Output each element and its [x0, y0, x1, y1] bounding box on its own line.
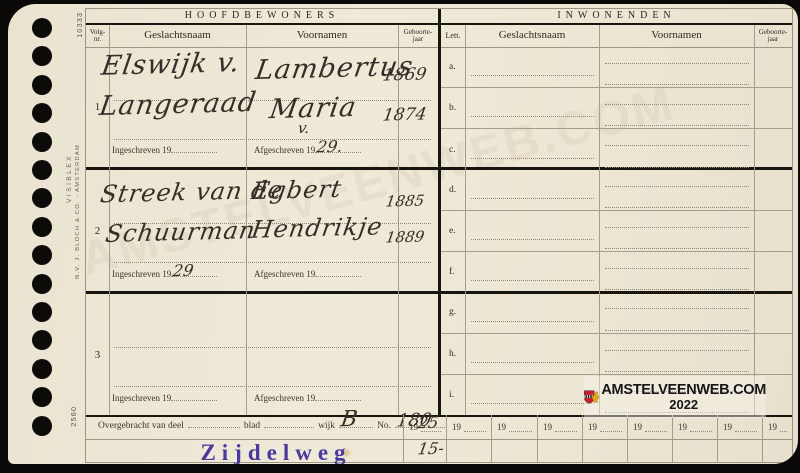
year-dots — [780, 431, 787, 432]
year-prefix: 19 — [678, 422, 687, 432]
afgeschreven-value: 29. — [316, 137, 344, 157]
punch-hole — [32, 217, 52, 237]
column-header-voornamen-left: Voornamen — [246, 25, 398, 47]
entry-ruling — [605, 63, 749, 64]
year-dots — [690, 431, 712, 432]
year-dots — [735, 431, 757, 432]
cell-rule — [582, 415, 583, 462]
brand-vertical-text: VISIBLEX — [66, 154, 73, 203]
punch-hole — [32, 75, 52, 95]
letter-row: e. — [441, 211, 792, 252]
letter-row: a. — [441, 47, 792, 88]
year-cell: 19 — [627, 415, 672, 439]
surname-cell — [465, 170, 599, 210]
entry-ruling — [605, 350, 749, 351]
entry-ruling — [471, 321, 594, 322]
punch-hole — [32, 188, 52, 208]
cell-rule — [537, 415, 538, 462]
surname-cell — [465, 211, 599, 251]
letter-row: g. — [441, 292, 792, 333]
stock-number-bottom: 2560 — [69, 406, 78, 427]
inwonenden-rows: a.b.c.d.e.f.g.h.i. — [441, 47, 792, 415]
year-cell: 19 — [537, 415, 582, 439]
deel-dots — [188, 417, 240, 428]
letter-label: g. — [441, 292, 465, 332]
cell-rule — [403, 415, 404, 462]
entry-ruling — [471, 198, 594, 199]
letter-label: d. — [441, 170, 465, 210]
block-footer: Ingeschreven 19 Afgeschreven 19 29. — [86, 143, 437, 165]
blad-dots — [264, 417, 314, 428]
punch-hole — [32, 274, 52, 294]
punch-hole — [32, 359, 52, 379]
firstnames-cell — [599, 334, 754, 374]
wijk-label: wijk — [318, 421, 335, 431]
birthyear-cell — [754, 292, 792, 332]
geb-line2: jaar — [768, 36, 779, 43]
ingeschreven-label: Ingeschreven 19 — [112, 269, 171, 279]
entry-ruling — [471, 116, 594, 117]
entry-ruling — [605, 207, 749, 208]
surname-cell — [465, 375, 599, 415]
afgeschreven-label: Afgeschreven 19 — [254, 269, 315, 279]
birthyear-cell — [754, 170, 792, 210]
entry-ruling — [471, 403, 594, 404]
handwritten-birthyear: 1869 — [381, 64, 427, 85]
no-label: No. — [377, 421, 391, 431]
wijk-dots: B — [339, 417, 373, 428]
afgeschreven-label: Afgeschreven 19 — [254, 393, 315, 403]
afgeschreven-dots — [315, 267, 361, 277]
ingeschreven-field: Ingeschreven 19 — [112, 143, 217, 155]
letter-label: b. — [441, 88, 465, 128]
ingeschreven-label: Ingeschreven 19 — [112, 145, 171, 155]
watermark-year: 2022 — [669, 398, 698, 412]
entry-ruling — [471, 75, 594, 76]
entry-ruling — [471, 280, 594, 281]
cell-rule — [762, 415, 763, 462]
ingeschreven-dots — [171, 143, 217, 153]
year-cell: 19 — [446, 415, 491, 439]
stock-number-top: 10333 — [75, 12, 84, 38]
entry-ruling — [605, 104, 749, 105]
afgeschreven-dots: 29. — [315, 143, 361, 153]
cell-rule — [627, 415, 628, 462]
cell-rule — [672, 415, 673, 462]
entry-ruling — [471, 239, 594, 240]
surname-cell — [465, 252, 599, 292]
handwritten-birthyear: 1889 — [385, 228, 426, 247]
handwritten-firstnames: Hendrikje — [250, 212, 385, 243]
firstnames-cell — [599, 129, 754, 169]
entry-ruling — [605, 227, 749, 228]
blad-label: blad — [244, 421, 260, 431]
year-cell: 19 — [491, 415, 537, 439]
entry-ruling — [605, 268, 749, 269]
year-prefix: 19 — [588, 422, 597, 432]
year-dots — [555, 431, 577, 432]
surname-cell — [465, 334, 599, 374]
punch-hole — [32, 416, 52, 436]
year-cell: 19 — [582, 415, 627, 439]
punch-hole — [32, 387, 52, 407]
handwritten-birthyear: 1885 — [385, 192, 426, 211]
ingeschreven-dots: 29 — [171, 267, 217, 277]
birthyear-cell — [754, 47, 792, 87]
entry-ruling — [605, 371, 749, 372]
entry-ruling — [114, 139, 431, 140]
year-prefix: 19 — [543, 422, 552, 432]
punch-hole — [32, 330, 52, 350]
letter-row: c. — [441, 129, 792, 169]
watermark-text: AMSTELVEENWEB.COM 2022 — [601, 383, 766, 412]
site-watermark: AMSTELVEENWEB.COM 2022 — [584, 376, 766, 418]
punch-hole — [32, 245, 52, 265]
letter-row: b. — [441, 88, 792, 129]
letter-row: h. — [441, 334, 792, 375]
year-prefix: 19 — [497, 422, 506, 432]
entry-ruling — [605, 167, 749, 168]
block-footer: Ingeschreven 19 Afgeschreven 19 — [86, 391, 437, 413]
year-dots — [600, 431, 622, 432]
geb-line2: jaar — [413, 36, 424, 43]
section-title-inwonenden: INWONENDEN — [441, 9, 792, 23]
year-dots — [509, 431, 532, 432]
resident-block-3: 3 Ingeschreven 19 Afgeschreven 19 — [86, 294, 437, 415]
entry-ruling — [471, 158, 594, 159]
punch-hole — [32, 103, 52, 123]
entry-ruling — [605, 289, 749, 290]
firstnames-cell — [599, 170, 754, 210]
section-title-hoofdbewoners: HOOFDBEWONERS — [86, 9, 438, 23]
column-header-voornamen-right: Voornamen — [599, 25, 754, 47]
firstnames-cell — [599, 211, 754, 251]
ingeschreven-field: Ingeschreven 19 — [112, 391, 217, 403]
letter-label: h. — [441, 334, 465, 374]
entry-ruling — [114, 347, 431, 348]
year-prefix: 19 — [452, 422, 461, 432]
entry-ruling — [605, 248, 749, 249]
handwritten-year-value: 25 — [417, 413, 440, 433]
surname-cell — [465, 47, 599, 87]
ingeschreven-label: Ingeschreven 19 — [112, 393, 171, 403]
entry-ruling — [605, 330, 749, 331]
birthyear-cell — [754, 88, 792, 128]
punch-hole — [32, 46, 52, 66]
manufacturer-vertical-text: N.V. J. BLOCH & CO. - AMSTERDAM — [75, 144, 81, 279]
handwritten-firstnames: Maria — [267, 92, 358, 125]
year-prefix: 19 — [768, 422, 777, 432]
surname-cell — [465, 292, 599, 332]
column-header-lett: Lett. — [441, 25, 465, 47]
year-dots — [645, 431, 667, 432]
entry-ruling — [605, 84, 749, 85]
letter-label: a. — [441, 47, 465, 87]
handwritten-surname: Langeraad — [97, 87, 258, 122]
afgeschreven-field: Afgeschreven 19 — [254, 391, 361, 403]
entry-ruling — [605, 145, 749, 146]
entry-ruling — [605, 125, 749, 126]
resident-block-1: 1 Elswijk v. Lambertus 1869 Langeraad v.… — [86, 47, 437, 167]
letter-label: c. — [441, 129, 465, 169]
year-dots — [464, 431, 486, 432]
firstnames-cell — [599, 47, 754, 87]
birthyear-cell — [754, 334, 792, 374]
entry-ruling — [605, 308, 749, 309]
ingeschreven-field: Ingeschreven 19 29 — [112, 267, 217, 279]
letter-label: f. — [441, 252, 465, 292]
resident-block-2: 2 Streek van de Egbert 1885 Schuurman He… — [86, 170, 437, 291]
column-header-geboortejaar-left: Geboorte- jaar — [398, 25, 438, 47]
firstnames-cell — [599, 292, 754, 332]
letter-row: f. — [441, 252, 792, 292]
birthyear-cell — [754, 211, 792, 251]
birthyear-cell — [754, 252, 792, 292]
column-header-geslachtsnaam-right: Geslachtsnaam — [465, 25, 599, 47]
year-prefix: 19 — [633, 422, 642, 432]
wijk-value: B — [339, 407, 359, 432]
block-footer: Ingeschreven 19 29 Afgeschreven 19 — [86, 267, 437, 289]
street-stamp: Zijdelweg — [171, 440, 381, 464]
punch-hole — [32, 302, 52, 322]
handwritten-firstnames: Egbert — [250, 175, 344, 205]
entry-ruling — [114, 262, 431, 263]
year-prefix: 19 — [723, 422, 732, 432]
firstnames-cell — [599, 88, 754, 128]
afgeschreven-field: Afgeschreven 19 — [254, 267, 361, 279]
year-cell: 1925 — [403, 415, 446, 439]
ingeschreven-dots — [171, 391, 217, 401]
cell-rule — [717, 415, 718, 462]
letter-row: d. — [441, 170, 792, 211]
column-header-volgnr: Volg- nr. — [86, 25, 109, 47]
afgeschreven-field: Afgeschreven 19 29. — [254, 143, 361, 155]
punch-hole — [32, 132, 52, 152]
handwritten-birthyear: 1874 — [381, 104, 427, 125]
column-header-geboortejaar-right: Geboorte- jaar — [754, 25, 792, 47]
afgeschreven-label: Afgeschreven 19 — [254, 145, 315, 155]
handwritten-second-value: 15- — [417, 439, 446, 459]
punch-hole — [32, 18, 52, 38]
year-cell: 19 — [717, 415, 762, 439]
lion-icon — [591, 378, 600, 416]
handwritten-surname: Schuurman — [104, 216, 258, 248]
handwritten-surname: Elswijk v. — [99, 47, 242, 82]
entry-ruling — [471, 362, 594, 363]
overgebracht-label: Overgebracht van deel — [98, 421, 184, 431]
letter-label: i. — [441, 375, 465, 415]
cell-rule — [491, 415, 492, 462]
surname-cell — [465, 129, 599, 169]
firstnames-cell — [599, 252, 754, 292]
overgebracht-row: Overgebracht van deel blad wijk B No. 18… — [98, 417, 451, 437]
letter-label: e. — [441, 211, 465, 251]
volgnr-line2: nr. — [94, 36, 101, 43]
register-card: 10333 2560 VISIBLEX N.V. J. BLOCH & CO. … — [8, 4, 798, 464]
cell-rule — [446, 415, 447, 462]
birthyear-cell — [754, 129, 792, 169]
column-header-geslachtsnaam-left: Geslachtsnaam — [109, 25, 246, 47]
year-cell: 19 — [672, 415, 717, 439]
afgeschreven-dots — [315, 391, 361, 401]
entry-ruling — [605, 186, 749, 187]
punch-hole — [32, 160, 52, 180]
entry-ruling — [114, 386, 431, 387]
watermark-site: AMSTELVEENWEB.COM — [601, 383, 766, 398]
year-cell: 19 — [762, 415, 792, 439]
ingeschreven-value: 29 — [172, 261, 195, 281]
surname-cell — [465, 88, 599, 128]
